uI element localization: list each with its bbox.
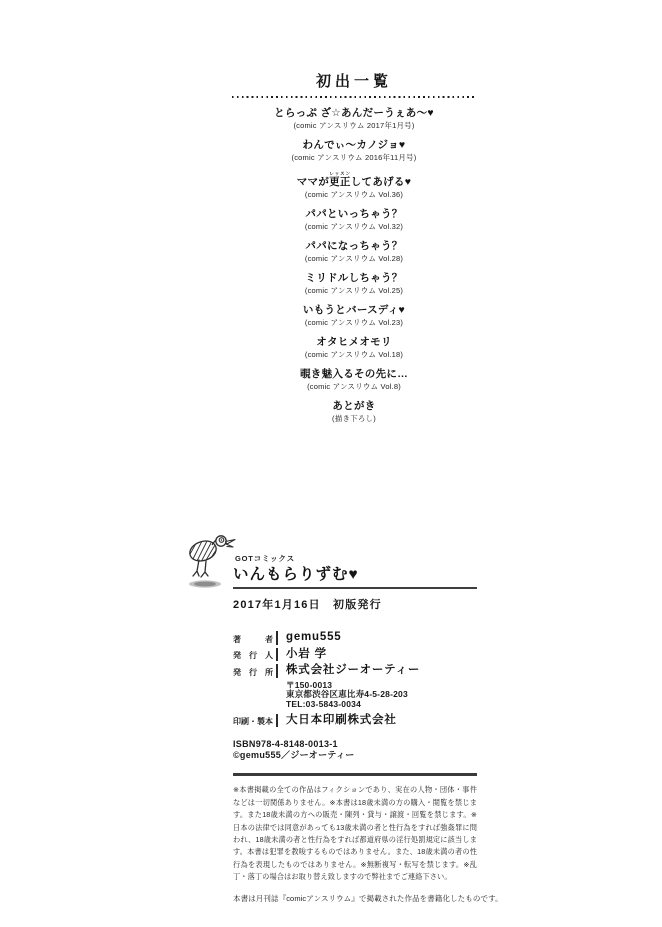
book-colophon-page: 初出一覧 とらっぷ ざ☆あんだーうぇあ〜♥ (comic アンスリウム 2017… [0,0,662,927]
table-row: 著者 gemu555 [233,631,477,645]
title-rule [233,587,477,589]
list-item: あとがき (描き下ろし) [192,400,516,424]
book-title: いんもらりずむ♥ [233,566,477,584]
serialization-note: 本書は月刊誌『comicアンスリウム』で掲載された作品を書籍化したものです。 [233,893,477,904]
publisher-address: 〒150-0013 東京都渋谷区恵比寿4-5-28-203 TEL:03-584… [286,681,477,710]
isbn-block: ISBN978-4-8148-0013-1 ©gemu555／ジーオーティー [233,739,477,760]
copyright: ©gemu555／ジーオーティー [233,750,477,761]
work-title: ママが更正レッスンしてあげる♥ [192,171,516,189]
list-item: とらっぷ ざ☆あんだーうぇあ〜♥ (comic アンスリウム 2017年1月号) [192,107,516,131]
list-item: ママが更正レッスンしてあげる♥ (comic アンスリウム Vol.36) [192,171,516,200]
work-title: ミリドルしちゃう？ [192,272,516,285]
work-title: パパになっちゃう？ [192,240,516,253]
work-source: (描き下ろし) [192,414,516,424]
dotted-divider [232,96,476,98]
section-title: 初出一覧 [192,72,516,91]
work-title: いもうとバースディ♥ [192,304,516,317]
isbn: ISBN978-4-8148-0013-1 [233,739,477,750]
list-item: オタヒメオモリ (comic アンスリウム Vol.18) [192,336,516,360]
row-value: 大日本印刷株式会社 [276,714,397,728]
phone-number: TEL:03-5843-0034 [286,700,477,710]
print-date: 2017年1月16日 初版発行 [233,596,477,612]
row-label: 発行人 [233,648,273,662]
table-row: 発行所 株式会社ジーオーティー [233,664,477,678]
row-value: gemu555 [276,631,341,645]
legal-disclaimer: ※本書掲載の全ての作品はフィクションであり、実在の人物・団体・事件などは一切関係… [233,784,477,883]
work-source: (comic アンスリウム Vol.8) [192,382,516,392]
list-item: いもうとバースディ♥ (comic アンスリウム Vol.23) [192,304,516,328]
work-source: (comic アンスリウム Vol.28) [192,254,516,264]
work-source: (comic アンスリウム 2016年11月号) [192,153,516,163]
work-title: 覗き魅入るその先に… [192,368,516,381]
list-item: 覗き魅入るその先に… (comic アンスリウム Vol.8) [192,368,516,392]
work-source: (comic アンスリウム Vol.32) [192,222,516,232]
work-title: パパといっちゃう？ [192,208,516,221]
work-source: (comic アンスリウム Vol.23) [192,318,516,328]
work-source: (comic アンスリウム 2017年1月号) [192,121,516,131]
row-label: 印刷・製本 [233,714,273,728]
publication-info-table: 著者 gemu555 発行人 小岩 学 発行所 株式会社ジーオーティー 〒150… [233,631,477,727]
list-item: ミリドルしちゃう？ (comic アンスリウム Vol.25) [192,272,516,296]
colophon: GOTコミックス いんもらりずむ♥ 2017年1月16日 初版発行 著者 gem… [233,541,477,904]
list-item: パパといっちゃう？ (comic アンスリウム Vol.32) [192,208,516,232]
work-title: オタヒメオモリ [192,336,516,349]
work-title: あとがき [192,400,516,413]
work-source: (comic アンスリウム Vol.36) [192,190,516,200]
work-title: わんでぃ〜カノジョ♥ [192,139,516,152]
work-source: (comic アンスリウム Vol.25) [192,286,516,296]
list-item: わんでぃ〜カノジョ♥ (comic アンスリウム 2016年11月号) [192,139,516,163]
furigana: レッスン [329,171,351,176]
work-title: とらっぷ ざ☆あんだーうぇあ〜♥ [192,107,516,120]
got-bird-mascot-icon [185,534,239,590]
row-value: 小岩 学 [276,648,327,662]
row-label: 発行所 [233,664,273,678]
list-item: パパになっちゃう？ (comic アンスリウム Vol.28) [192,240,516,264]
work-source: (comic アンスリウム Vol.18) [192,350,516,360]
row-value: 株式会社ジーオーティー [276,664,420,678]
row-label: 著者 [233,631,273,645]
section-divider [233,773,477,776]
first-publication-list: 初出一覧 とらっぷ ざ☆あんだーうぇあ〜♥ (comic アンスリウム 2017… [192,72,516,432]
imprint-label: GOTコミックス [235,553,477,564]
table-row: 発行人 小岩 学 [233,648,477,662]
table-row: 印刷・製本 大日本印刷株式会社 [233,714,477,728]
